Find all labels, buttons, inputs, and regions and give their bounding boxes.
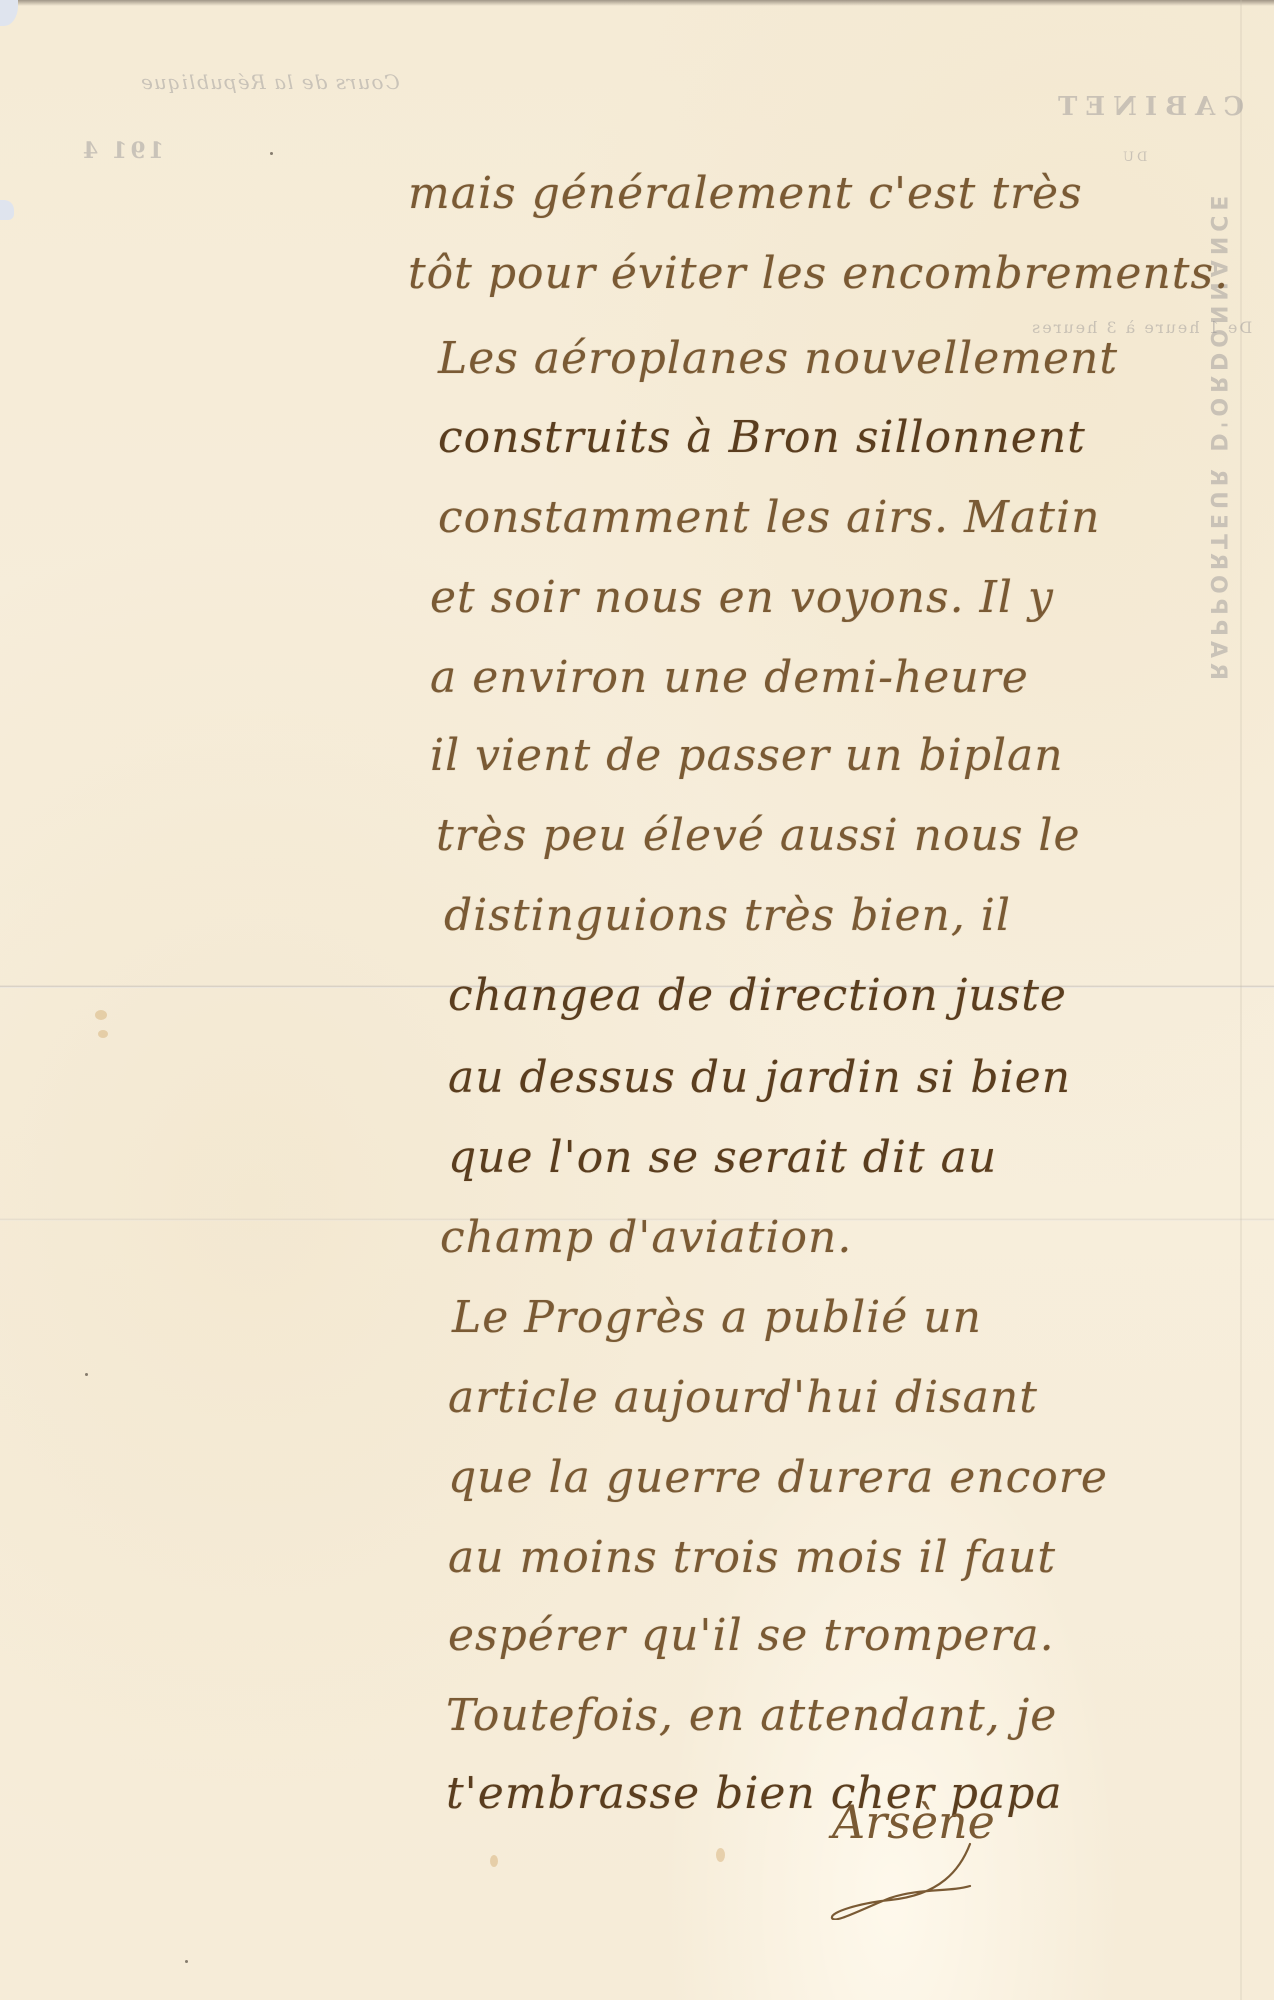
- letter-line: il vient de passer un biplan: [430, 730, 1064, 781]
- letter-line: espérer qu'il se trompera.: [448, 1610, 1055, 1661]
- letter-page: CABINET DU De 1 heure à 3 heures 191 4 C…: [0, 0, 1274, 2000]
- letter-line: a environ une demi-heure: [430, 652, 1029, 703]
- letter-line: mais généralement c'est très: [408, 168, 1083, 219]
- letter-line: article aujourd'hui disant: [448, 1372, 1038, 1423]
- letter-line: Le Progrès a publié un: [452, 1292, 982, 1343]
- letter-line: au dessus du jardin si bien: [448, 1052, 1071, 1103]
- letter-line: champ d'aviation.: [440, 1212, 852, 1263]
- letter-line: au moins trois mois il faut: [448, 1532, 1056, 1583]
- letter-line: constamment les airs. Matin: [438, 492, 1100, 543]
- letter-line: que la guerre durera encore: [448, 1452, 1108, 1503]
- letter-line: Toutefois, en attendant, je: [446, 1690, 1057, 1741]
- letter-line: construits à Bron sillonnent: [438, 412, 1086, 463]
- letter-line: distinguions très bien, il: [444, 890, 1011, 941]
- letter-line: et soir nous en voyons. Il y: [430, 572, 1054, 623]
- handwritten-body: mais généralement c'est très tôt pour év…: [0, 0, 1274, 2000]
- letter-line: changea de direction juste: [448, 970, 1067, 1021]
- letter-line: Les aéroplanes nouvellement: [438, 333, 1118, 384]
- signature-flourish-icon: [820, 1840, 1000, 1920]
- letter-line: que l'on se serait dit au: [448, 1132, 997, 1183]
- letter-line: tôt pour éviter les encombrements.: [408, 248, 1229, 299]
- letter-line: très peu élevé aussi nous le: [436, 810, 1081, 861]
